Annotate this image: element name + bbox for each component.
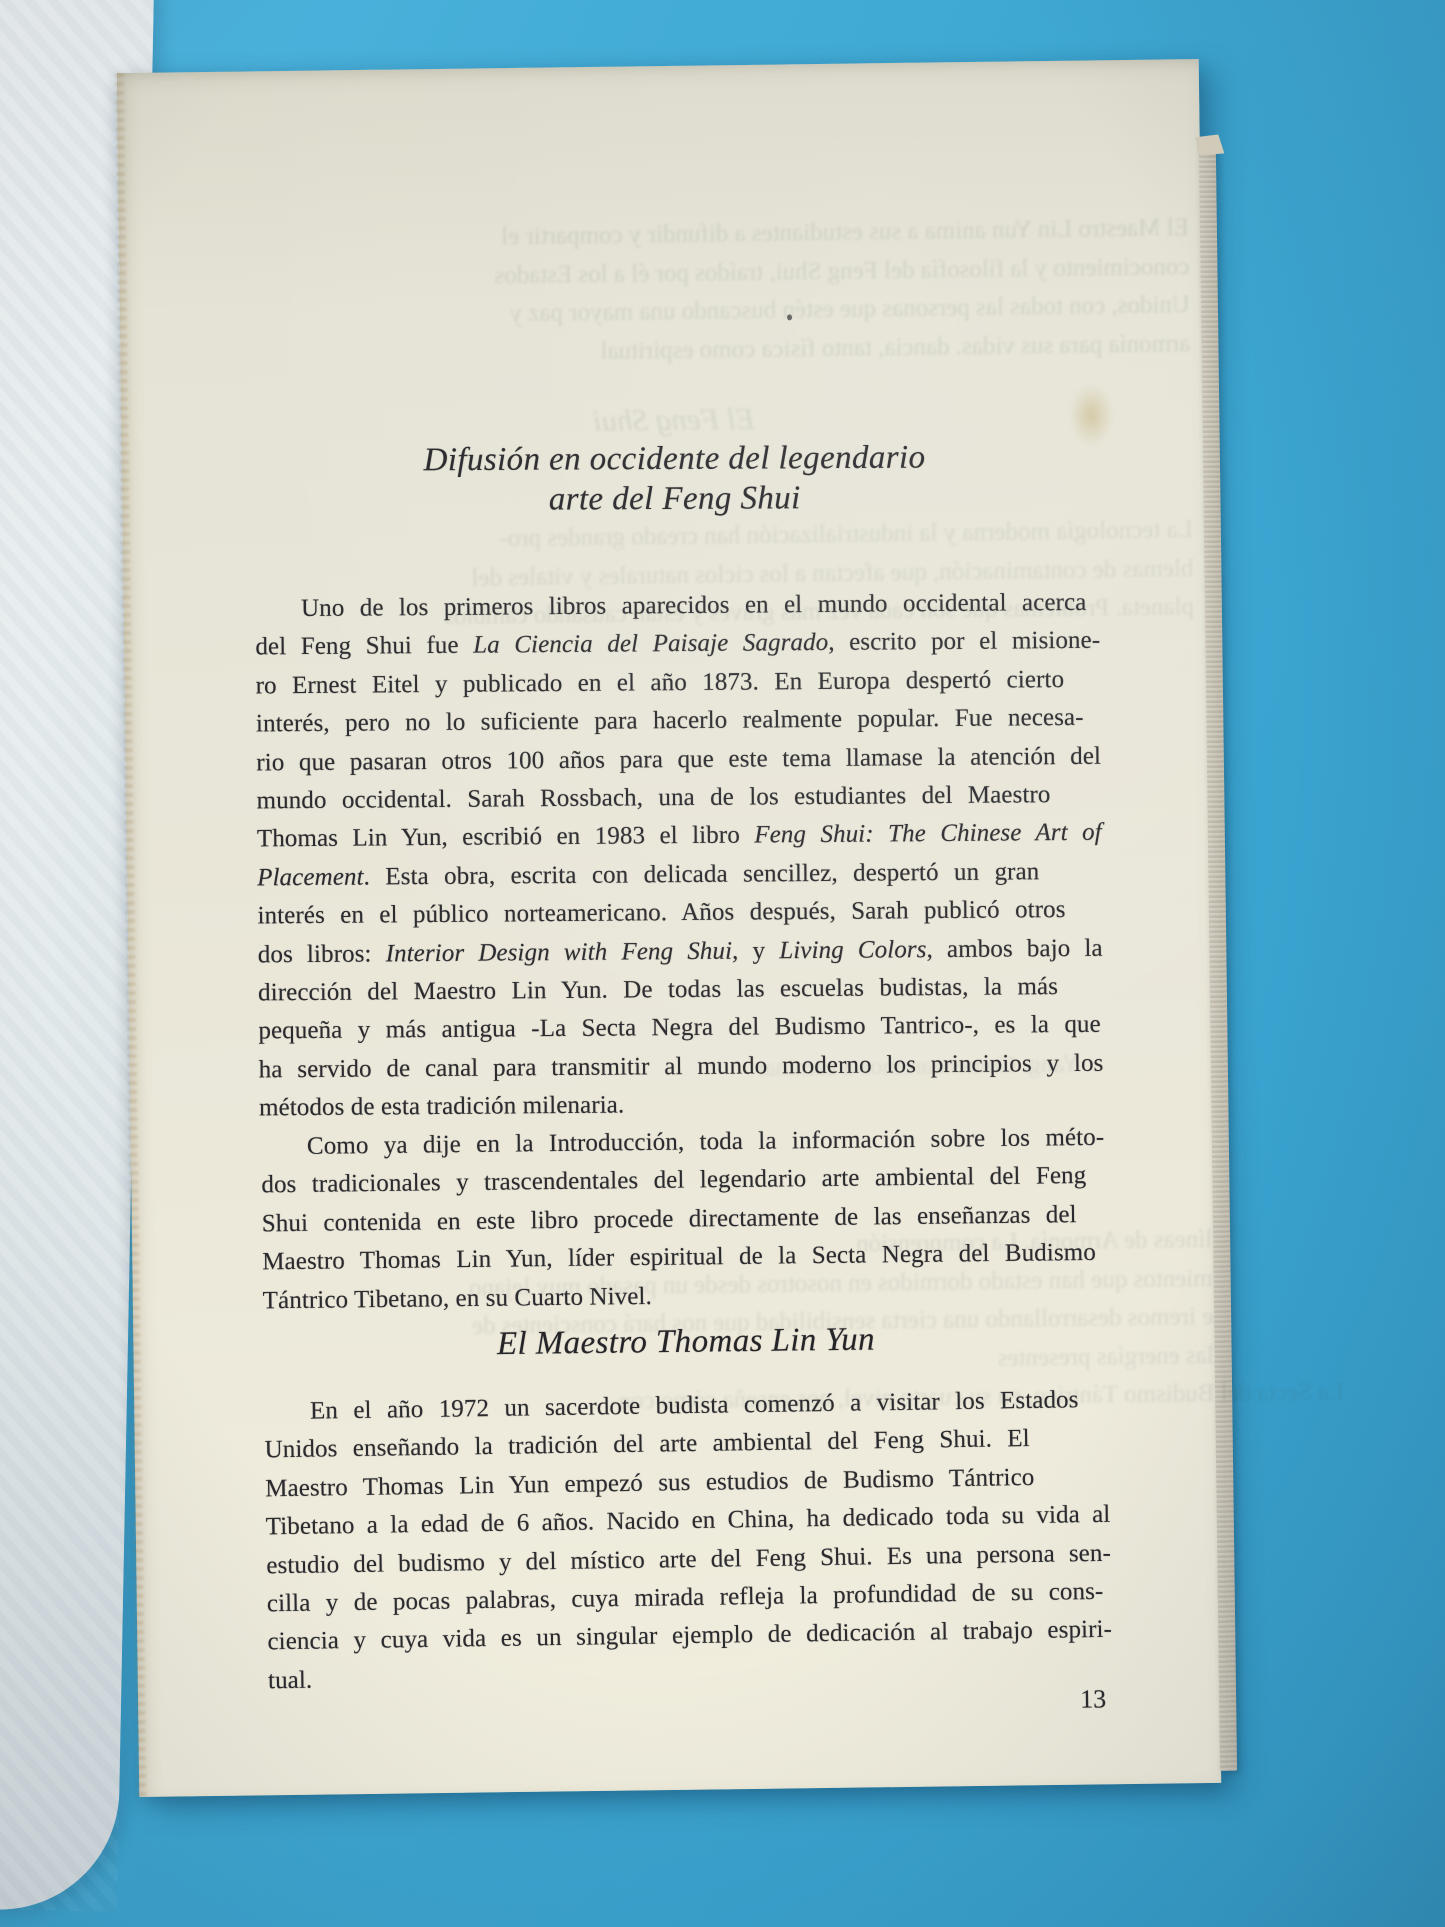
page-block-fore-edge [1199,143,1237,1771]
paragraph: Como ya dije en la Introducción, toda la… [261,1119,1108,1321]
page-number: 13 [1080,1684,1106,1714]
paragraph: En el año 1972 un sacerdote budista come… [264,1381,1113,1701]
chapter-heading-line: Difusión en occidente del legendario [252,437,1097,481]
chapter-heading: Difusión en occidente del legendario art… [252,437,1097,521]
paragraph: Uno de los primeros libros aparecidos en… [255,584,1104,1128]
chapter-heading-line: arte del Feng Shui [252,477,1097,521]
book-page: El Maestro Lin Yun anima a sus estudiant… [117,59,1221,1797]
book-photo: El Maestro Lin Yun anima a sus estudiant… [0,0,1445,1927]
section-heading: El Maestro Thomas Lin Yun [263,1317,1108,1367]
text-column: Difusión en occidente del legendario art… [247,60,1114,1795]
